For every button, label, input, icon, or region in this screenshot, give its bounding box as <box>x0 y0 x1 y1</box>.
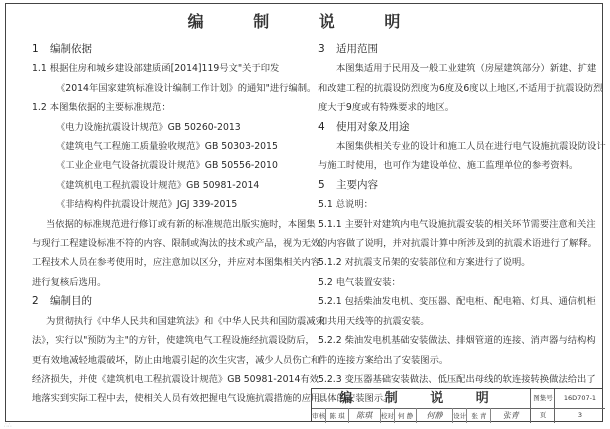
signature-row: 审核 陈 琪 陈琪 校对 何 静 何静 设计 张 青 张青 <box>312 408 530 423</box>
note-line: 工程技术人员在参考使用时，应注意加以区分，并应对本图集相关内容 <box>32 253 302 272</box>
standard-item: 《电力设施抗震设计规范》GB 50260-2013 <box>32 118 302 137</box>
section-2-line: 更有效地减轻地震破坏，防止由地震引起的次生灾害，减少人员伤亡和 <box>32 351 302 370</box>
section-2-line: 经济损失，并使《建筑机电工程抗震设计规范》GB 50981-2014有效 <box>32 370 302 389</box>
section-5-2-2: 5.2.2 柴油发电机基础安装做法、排烟管道的连接、消声器与结构构 <box>318 331 598 350</box>
checker-signature: 何静 <box>417 408 453 423</box>
section-5-1: 5.1 总说明： <box>318 195 598 214</box>
section-4-line: 本图集供相关专业的设计和施工人员在进行电气设施抗震设防设计 <box>318 137 598 156</box>
checker-name: 何 静 <box>395 408 417 423</box>
section-5-2-2-cont: 件的连接方案给出了安装图示。 <box>318 351 598 370</box>
section-2-line: 为贯彻执行《中华人民共和国建筑法》和《中华人民共和国防震减灾 <box>32 312 302 331</box>
section-5-1-1: 5.1.1 主要针对建筑内电气设施抗震安装的相关环节需要注意和关注 <box>318 215 598 234</box>
section-5-2-1-cont: 和共用天线等的抗震安装。 <box>318 312 598 331</box>
check-label: 校对 <box>381 408 395 423</box>
section-5-2: 5.2 电气装置安装： <box>318 273 598 292</box>
reviewer-name: 陈 琪 <box>326 408 348 423</box>
reviewer-signature: 陈琪 <box>349 408 381 423</box>
section-4-heading: 4使用对象及用途 <box>318 118 598 137</box>
section-3-heading: 3适用范围 <box>318 40 598 59</box>
section-3-line: 本图集适用于民用及一般工业建筑（房屋建筑部分）新建、扩建 <box>318 59 598 78</box>
section-3-line: 度大于9度或有特殊要求的地区。 <box>318 98 598 117</box>
review-label: 审核 <box>312 408 326 423</box>
atlas-no-label: 图集号 <box>530 389 555 409</box>
page-label: 页 <box>530 408 555 423</box>
title-block: 编 制 说 明 图集号 16D707-1 页 3 审核 陈 琪 陈琪 校对 何 … <box>311 388 603 422</box>
section-5-heading: 5主要内容 <box>318 176 598 195</box>
standard-item: 《建筑机电工程抗震设计规范》GB 50981-2014 <box>32 176 302 195</box>
note-line: 进行复核后选用。 <box>32 273 302 292</box>
designer-signature: 张青 <box>491 408 530 423</box>
section-2-line: 法》，实行以"预防为主"的方针，使建筑电气工程设施经抗震设防后， <box>32 331 302 350</box>
page-number: 3 <box>554 408 605 423</box>
designer-name: 张 青 <box>467 408 491 423</box>
right-column: 3适用范围 本图集适用于民用及一般工业建筑（房屋建筑部分）新建、扩建 和改建工程… <box>318 40 598 409</box>
atlas-no: 16D707-1 <box>554 389 605 409</box>
standard-item: 《非结构构件抗震设计规范》JGJ 339-2015 <box>32 195 302 214</box>
section-5-1-1-cont: 的内容做了说明，并对抗震计算中所涉及到的抗震术语进行了解释。 <box>318 234 598 253</box>
standard-item: 《工业企业电气设备抗震设计规范》GB 50556-2010 <box>32 156 302 175</box>
note-line: 当依据的标准规范进行修订或有新的标准规范出版实施时，本图集 <box>32 215 302 234</box>
section-5-1-2: 5.1.2 对抗震支吊架的安装部位和方案进行了说明。 <box>318 253 598 272</box>
standard-item: 《建筑电气工程施工质量验收规范》GB 50303-2015 <box>32 137 302 156</box>
section-3-line: 和改建工程的抗震设防烈度为6度及6度以上地区,不适用于抗震设防烈 <box>318 79 598 98</box>
section-5-2-3: 5.2.3 变压器基础安装做法、低压配出母线的软连接转换做法给出了 <box>318 370 598 389</box>
corner-mark: ∴∴ <box>4 422 12 429</box>
design-label: 设计 <box>453 408 467 423</box>
section-2-heading: 2编制目的 <box>32 292 302 311</box>
note-line: 与现行工程建设标准不符的内容、限制或淘汰的技术或产品，视为无效。 <box>32 234 302 253</box>
section-1-2: 1.2 本图集依据的主要标准规范： <box>32 98 302 117</box>
section-4-line: 与施工时使用，也可作为建设单位、施工监理单位的参考资料。 <box>318 156 598 175</box>
section-1-1-cont: 《2014年国家建筑标准设计编制工作计划》的通知"进行编制。 <box>32 79 302 98</box>
page-title: 编 制 说 明 <box>0 9 610 32</box>
left-column: 1编制依据 1.1 根据住房和城乡建设部建质函[2014]119号文"关于印发 … <box>32 40 302 409</box>
section-1-heading: 1编制依据 <box>32 40 302 59</box>
title-block-title: 编 制 说 明 <box>312 389 530 409</box>
section-5-2-1: 5.2.1 包括柴油发电机、变压器、配电柜、配电箱、灯具、通信机柜 <box>318 292 598 311</box>
section-1-1: 1.1 根据住房和城乡建设部建质函[2014]119号文"关于印发 <box>32 59 302 78</box>
section-2-line: 地落实到实际工程中去，使相关人员有效把握电气设施抗震措施的应用。 <box>32 389 302 408</box>
